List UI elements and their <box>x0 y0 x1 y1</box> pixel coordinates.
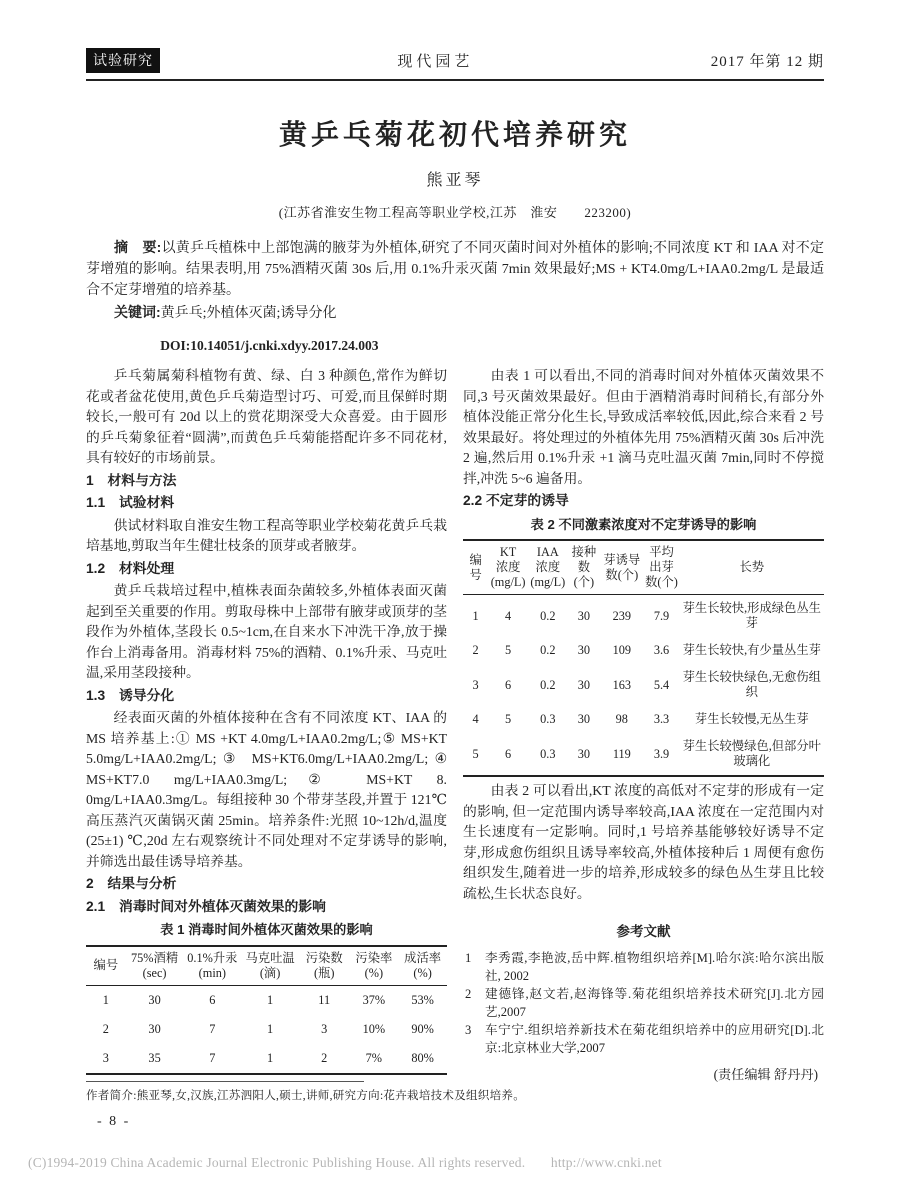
author-bio: 作者简介:熊亚琴,女,汉族,江苏泗阳人,硕士,讲师,研究方向:花卉栽培技术及组织… <box>86 1087 525 1103</box>
table-cell: 80% <box>398 1044 447 1074</box>
table-cell: 53% <box>398 985 447 1015</box>
table-cell: 30 <box>568 595 600 638</box>
table-cell: 1 <box>463 595 488 638</box>
table-row: 450.330983.3芽生长较慢,无丛生芽 <box>463 706 824 733</box>
section-heading-1-2: 1.2 材料处理 <box>86 559 447 580</box>
table-cell: 1 <box>241 1044 299 1074</box>
references-title: 参考文献 <box>463 922 824 943</box>
author-name: 熊亚琴 <box>86 167 824 190</box>
two-column-body: 乒乓菊属菊科植物有黄、绿、白 3 种颜色,常作为鲜切花或者盆花使用,黄色乒乓菊造… <box>86 366 824 1085</box>
table-cell: 2 <box>299 1044 350 1074</box>
table-cell: 239 <box>600 595 643 638</box>
abstract-label: 摘 要: <box>114 239 161 255</box>
reference-item: 3车宁宁.组织培养新技术在菊花组织培养中的应用研究[D].北京:北京林业大学,2… <box>463 1021 824 1057</box>
table-cell: 1 <box>241 985 299 1015</box>
reference-item: 1李秀霞,李艳波,岳中辉.植物组织培养[M].哈尔滨:哈尔滨出版社, 2002 <box>463 949 824 985</box>
table-cell: 163 <box>600 664 643 706</box>
abstract-paragraph: 摘 要:以黄乒乓植株中上部饱满的腋芽为外植体,研究了不同灭菌时间对外植体的影响;… <box>86 237 824 301</box>
table-cell: 0.2 <box>528 595 568 638</box>
table-row: 250.2301093.6芽生长较快,有少量丛生芽 <box>463 637 824 664</box>
table-cell: 6 <box>183 985 241 1015</box>
table-cell: 0.3 <box>528 706 568 733</box>
table-header-cell: 平均 出芽 数(个) <box>643 540 679 595</box>
table-cell: 4 <box>488 595 528 638</box>
issue-label: 2017 年第 12 期 <box>711 50 824 71</box>
table-cell: 芽生长较慢绿色,但部分叶玻璃化 <box>680 733 824 776</box>
paragraph-1-2: 黄乒乓栽培过程中,植株表面杂菌较多,外植体表面灭菌起到至关重要的作用。剪取母株中… <box>86 581 447 684</box>
table-cell: 30 <box>568 706 600 733</box>
page-number: - 8 - <box>97 1114 130 1130</box>
section-heading-1: 1 材料与方法 <box>86 471 447 492</box>
editor-note: (责任编辑 舒丹丹) <box>463 1065 824 1086</box>
table-cell: 6 <box>488 664 528 706</box>
table-cell: 98 <box>600 706 643 733</box>
section-heading-2: 2 结果与分析 <box>86 874 447 895</box>
table-row: 23071310%90% <box>86 1015 447 1044</box>
doi-line: DOI:10.14051/j.cnki.xdyy.2017.24.003 <box>86 338 824 354</box>
table-cell: 5 <box>463 733 488 776</box>
table-cell: 119 <box>600 733 643 776</box>
table-cell: 37% <box>349 985 398 1015</box>
table-cell: 1 <box>86 985 126 1015</box>
table-cell: 10% <box>349 1015 398 1044</box>
table-cell: 11 <box>299 985 350 1015</box>
table-cell: 芽生长较慢,无丛生芽 <box>680 706 824 733</box>
table-cell: 3.3 <box>643 706 679 733</box>
copyright-text: (C)1994-2019 China Academic Journal Elec… <box>28 1155 525 1170</box>
table-cell: 0.2 <box>528 637 568 664</box>
table-cell: 7 <box>183 1044 241 1074</box>
keywords-label: 关键词: <box>114 304 161 320</box>
table-cell: 30 <box>126 985 184 1015</box>
table-header-cell: 编 号 <box>463 540 488 595</box>
table-cell: 芽生长较快,有少量丛生芽 <box>680 637 824 664</box>
table-cell: 5 <box>488 637 528 664</box>
table-cell: 30 <box>568 637 600 664</box>
table-header-cell: IAA 浓度 (mg/L) <box>528 540 568 595</box>
table-header-cell: KT 浓度 (mg/L) <box>488 540 528 595</box>
table-cell: 30 <box>568 664 600 706</box>
table-cell: 3 <box>86 1044 126 1074</box>
reference-text: 建德锋,赵文若,赵海锋等.菊花组织培养技术研究[J].北方园艺,2007 <box>485 987 824 1019</box>
table-cell: 109 <box>600 637 643 664</box>
table-row: 560.3301193.9芽生长较慢绿色,但部分叶玻璃化 <box>463 733 824 776</box>
section-heading-1-3: 1.3 诱导分化 <box>86 686 447 707</box>
table-cell: 0.3 <box>528 733 568 776</box>
table-header-row: 编号75%酒精 (sec)0.1%升汞 (min)马克吐温 (滴)污染数 (瓶)… <box>86 946 447 986</box>
table-cell: 2 <box>463 637 488 664</box>
results-paragraph-1: 由表 1 可以看出,不同的消毒时间对外植体灭菌效果不同,3 号灭菌效果最好。但由… <box>463 366 824 489</box>
table-cell: 1 <box>241 1015 299 1044</box>
keywords-line: 关键词:黄乒乓;外植体灭菌;诱导分化 <box>86 302 824 324</box>
table-cell: 7.9 <box>643 595 679 638</box>
article-title: 黄乒乓菊花初代培养研究 <box>86 113 824 153</box>
table-cell: 3 <box>463 664 488 706</box>
page-content: 试验研究 现代园艺 2017 年第 12 期 黄乒乓菊花初代培养研究 熊亚琴 (… <box>0 0 900 1085</box>
table-header-cell: 芽诱导 数(个) <box>600 540 643 595</box>
table-cell: 6 <box>488 733 528 776</box>
table-cell: 5.4 <box>643 664 679 706</box>
table-cell: 3.6 <box>643 637 679 664</box>
table-header-cell: 污染数 (瓶) <box>299 946 350 986</box>
cnki-url: http://www.cnki.net <box>551 1155 662 1170</box>
results-paragraph-2: 由表 2 可以看出,KT 浓度的高低对不定芽的形成有一定的影响, 但一定范围内诱… <box>463 781 824 904</box>
table-cell: 5 <box>488 706 528 733</box>
journal-name: 现代园艺 <box>397 50 473 71</box>
table-cell: 90% <box>398 1015 447 1044</box>
column-badge: 试验研究 <box>86 48 160 73</box>
table2-caption: 表 2 不同激素浓度对不定芽诱导的影响 <box>463 515 824 536</box>
table-cell: 35 <box>126 1044 184 1074</box>
reference-number: 2 <box>465 985 471 1003</box>
abstract-block: 摘 要:以黄乒乓植株中上部饱满的腋芽为外植体,研究了不同灭菌时间对外植体的影响;… <box>86 237 824 324</box>
section-heading-1-1: 1.1 试验材料 <box>86 493 447 514</box>
table-header-cell: 接种 数 (个) <box>568 540 600 595</box>
intro-paragraph: 乒乓菊属菊科植物有黄、绿、白 3 种颜色,常作为鲜切花或者盆花使用,黄色乒乓菊造… <box>86 366 447 469</box>
scanned-paper-page: 试验研究 现代园艺 2017 年第 12 期 黄乒乓菊花初代培养研究 熊亚琴 (… <box>0 0 900 1200</box>
table-header-cell: 马克吐温 (滴) <box>241 946 299 986</box>
section-heading-2-1: 2.1 消毒时间对外植体灭菌效果的影响 <box>86 897 447 918</box>
table-cell: 0.2 <box>528 664 568 706</box>
table-header-cell: 75%酒精 (sec) <box>126 946 184 986</box>
reference-text: 李秀霞,李艳波,岳中辉.植物组织培养[M].哈尔滨:哈尔滨出版社, 2002 <box>485 951 824 983</box>
table-row: 140.2302397.9芽生长较快,形成绿色丛生芽 <box>463 595 824 638</box>
table-row: 360.2301635.4芽生长较快绿色,无愈伤组织 <box>463 664 824 706</box>
table-cell: 7 <box>183 1015 241 1044</box>
abstract-text: 以黄乒乓植株中上部饱满的腋芽为外植体,研究了不同灭菌时间对外植体的影响;不同浓度… <box>86 241 824 298</box>
references-list: 1李秀霞,李艳波,岳中辉.植物组织培养[M].哈尔滨:哈尔滨出版社, 20022… <box>463 949 824 1057</box>
section-heading-2-2: 2.2 不定芽的诱导 <box>463 491 824 512</box>
reference-text: 车宁宁.组织培养新技术在菊花组织培养中的应用研究[D].北京:北京林业大学,20… <box>485 1023 824 1055</box>
table-cell: 4 <box>463 706 488 733</box>
affiliation: (江苏省淮安生物工程高等职业学校,江苏 淮安 223200) <box>86 202 824 221</box>
reference-number: 1 <box>465 949 471 967</box>
reference-number: 3 <box>465 1021 471 1039</box>
right-column: 由表 1 可以看出,不同的消毒时间对外植体灭菌效果不同,3 号灭菌效果最好。但由… <box>463 366 824 1085</box>
table-header-cell: 成活率 (%) <box>398 946 447 986</box>
table-cell: 芽生长较快绿色,无愈伤组织 <box>680 664 824 706</box>
table-cell: 7% <box>349 1044 398 1074</box>
table-cell: 30 <box>568 733 600 776</box>
left-column: 乒乓菊属菊科植物有黄、绿、白 3 种颜色,常作为鲜切花或者盆花使用,黄色乒乓菊造… <box>86 366 447 1085</box>
journal-header: 试验研究 现代园艺 2017 年第 12 期 <box>86 48 824 73</box>
table-hormone-induction-results: 编 号KT 浓度 (mg/L)IAA 浓度 (mg/L)接种 数 (个)芽诱导 … <box>463 539 824 777</box>
table-cell: 30 <box>126 1015 184 1044</box>
paragraph-1-1: 供试材料取自淮安生物工程高等职业学校菊花黄乒乓栽培基地,剪取当年生健壮枝条的顶芽… <box>86 516 447 557</box>
paragraph-1-3: 经表面灭菌的外植体接种在含有不同浓度 KT、IAA 的 MS 培养基上:① MS… <box>86 708 447 872</box>
table-row: 3357127%80% <box>86 1044 447 1074</box>
table-cell: 3 <box>299 1015 350 1044</box>
table-cell: 2 <box>86 1015 126 1044</box>
cnki-footer: (C)1994-2019 China Academic Journal Elec… <box>28 1155 878 1171</box>
keywords-text: 黄乒乓;外植体灭菌;诱导分化 <box>161 306 337 321</box>
header-rule <box>86 79 824 81</box>
table-row: 130611137%53% <box>86 985 447 1015</box>
table-header-cell: 0.1%升汞 (min) <box>183 946 241 986</box>
table-header-row: 编 号KT 浓度 (mg/L)IAA 浓度 (mg/L)接种 数 (个)芽诱导 … <box>463 540 824 595</box>
table-disinfection-results: 编号75%酒精 (sec)0.1%升汞 (min)马克吐温 (滴)污染数 (瓶)… <box>86 945 447 1075</box>
table1-caption: 表 1 消毒时间外植体灭菌效果的影响 <box>86 920 447 941</box>
table-header-cell: 污染率 (%) <box>349 946 398 986</box>
bio-divider <box>86 1081 364 1082</box>
table-header-cell: 长势 <box>680 540 824 595</box>
table-header-cell: 编号 <box>86 946 126 986</box>
table-cell: 3.9 <box>643 733 679 776</box>
reference-item: 2建德锋,赵文若,赵海锋等.菊花组织培养技术研究[J].北方园艺,2007 <box>463 985 824 1021</box>
table-cell: 芽生长较快,形成绿色丛生芽 <box>680 595 824 638</box>
